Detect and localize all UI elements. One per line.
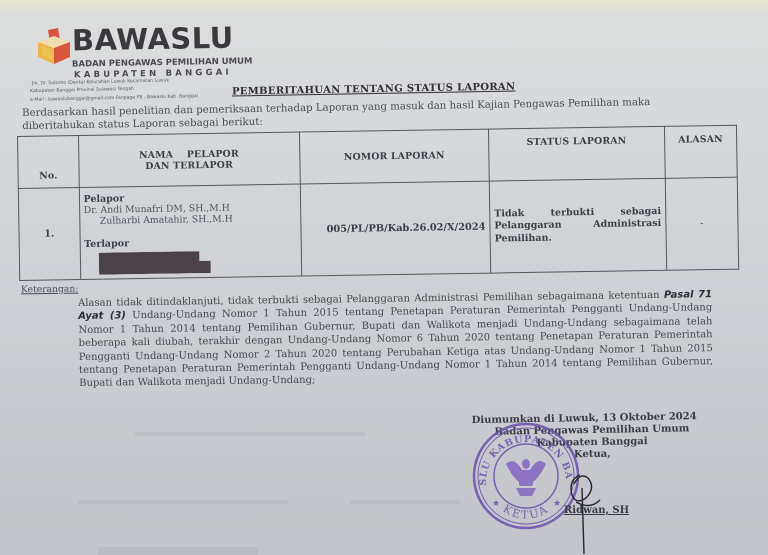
redacted-terlapor-name — [98, 251, 210, 275]
report-number: 005/PL/PB/Kab.26.02/X/2024 — [300, 181, 491, 276]
header-alasan: ALASAN — [664, 125, 737, 178]
header-status: STATUS LAPORAN — [488, 126, 665, 181]
report-status-table: No. NAMA PELAPOR DAN TERLAPOR NOMOR LAPO… — [17, 125, 739, 274]
status-line: Pemilihan. — [495, 231, 662, 246]
signatory-name: Ridwan, SH — [564, 505, 629, 516]
address-line: Kabupaten Banggai Provinsi Sulawesi Teng… — [30, 87, 134, 94]
address-line: Jln. Dr. Sutomo (Danta) Kelurahan Luwuk … — [32, 78, 169, 86]
document-title: PEMBERITAHUAN TENTANG STATUS LAPORAN — [232, 82, 516, 98]
bleed-through-mark — [98, 547, 258, 555]
status-line: Pelanggaran Administrasi — [494, 218, 661, 233]
keterangan-body: Alasan tidak ditindaklanjuti, tidak terb… — [78, 288, 713, 391]
header-name: NAMA PELAPOR DAN TERLAPOR — [78, 132, 300, 187]
keterangan-label: Keterangan: — [21, 284, 78, 296]
table-row: 1. Pelapor Dr. Andi Munafri DM, SH.,M.H … — [18, 177, 738, 280]
terlapor-label: Terlapor — [84, 236, 296, 250]
bleed-through-mark — [350, 500, 460, 504]
svg-text:★: ★ — [492, 499, 500, 509]
pelapor-name: Zulharbi Amatahir, SH.,M.H — [84, 213, 296, 227]
row-number: 1. — [18, 188, 80, 281]
stamp-bottom-text: KETUA — [501, 502, 551, 522]
svg-text:KETUA: KETUA — [501, 502, 551, 522]
reason: - — [665, 177, 739, 270]
contact-line: e-Mail : bawaslubanggai@gmail.com Fanpag… — [30, 94, 198, 103]
bleed-through-mark — [78, 500, 288, 504]
header-name-line: DAN TERLAPOR — [80, 158, 298, 172]
report-status: Tidak terbukti sebagai Pelanggaran Admin… — [489, 178, 666, 273]
document-page: BAWASLU BADAN PENGAWAS PEMILIHAN UMUM KA… — [0, 0, 768, 555]
garuda-emblem-icon — [506, 459, 546, 496]
brand-name: BAWASLU — [72, 21, 234, 58]
header-nomor: NOMOR LAPORAN — [299, 129, 489, 184]
header-no: No. — [18, 136, 79, 189]
keterangan-text: Undang-Undang Nomor 1 Tahun 2015 tentang… — [78, 303, 713, 390]
bleed-through-mark — [135, 432, 365, 436]
parties-cell: Pelapor Dr. Andi Munafri DM, SH.,M.H Zul… — [79, 184, 302, 279]
ballot-box-icon — [34, 26, 74, 66]
